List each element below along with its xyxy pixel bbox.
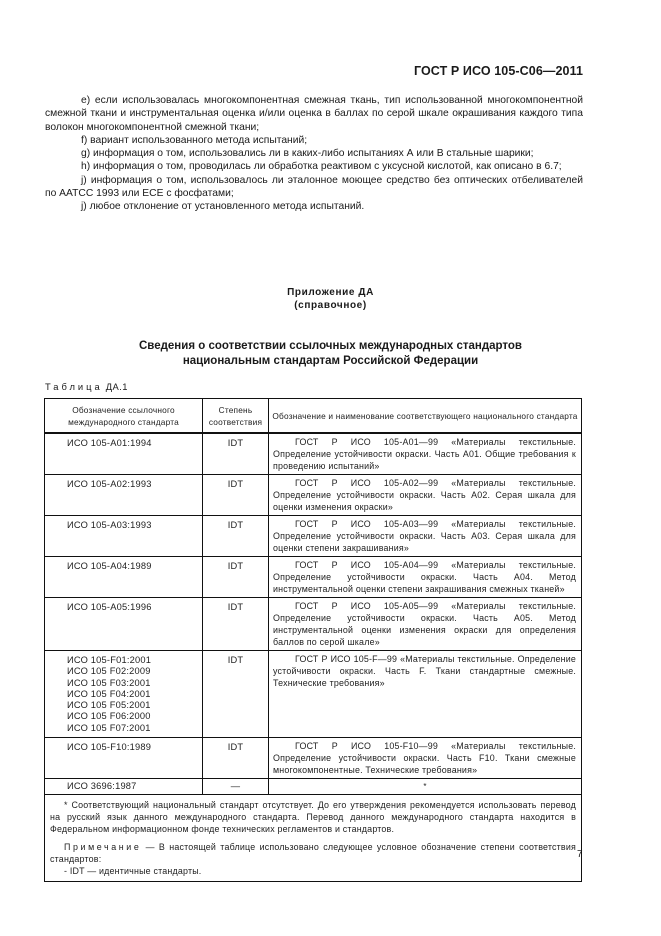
degree-cell: IDT: [203, 557, 269, 598]
iso-standard-cell: ИСО 105-A05:1996: [45, 598, 203, 651]
header-international-standard: Обозначение ссылочного международного ст…: [45, 399, 203, 434]
iso-standard-code: ИСО 105-A05:1996: [67, 602, 196, 613]
national-standard-text: ГОСТ Р ИСО 105-F10—99 «Материалы текстил…: [273, 740, 576, 776]
iso-standard-code: ИСО 105 F06:2000: [67, 711, 196, 722]
header-degree: Степень соответствия: [203, 399, 269, 434]
section-title-line1: Сведения о соответствии ссылочных междун…: [0, 339, 661, 354]
national-standard-text: ГОСТ Р ИСО 105-F—99 «Материалы текстильн…: [273, 653, 576, 689]
body-text: e) если использовалась многокомпонентная…: [45, 94, 583, 214]
national-standard-text: ГОСТ Р ИСО 105-A05—99 «Материалы текстил…: [273, 600, 576, 648]
paragraph-h: h) информация о том, проводилась ли обра…: [45, 160, 583, 173]
table-caption: Таблица ДА.1: [45, 381, 128, 392]
iso-standard-cell: ИСО 3696:1987: [45, 779, 203, 795]
national-standard-text: ГОСТ Р ИСО 105-A04—99 «Материалы текстил…: [273, 559, 576, 595]
national-standard-cell: ГОСТ Р ИСО 105-F10—99 «Материалы текстил…: [269, 738, 582, 779]
iso-standard-cell: ИСО 105-A03:1993: [45, 516, 203, 557]
iso-standard-code: ИСО 105 F04:2001: [67, 689, 196, 700]
national-standard-cell: ГОСТ Р ИСО 105-F—99 «Материалы текстильн…: [269, 651, 582, 738]
iso-standard-code: ИСО 105 F03:2001: [67, 678, 196, 689]
degree-cell: IDT: [203, 598, 269, 651]
iso-standard-cell: ИСО 105-F01:2001ИСО 105 F02:2009ИСО 105 …: [45, 651, 203, 738]
iso-standard-code: ИСО 3696:1987: [67, 780, 196, 793]
iso-standard-code: ИСО 105-A03:1993: [67, 520, 196, 531]
appendix-heading: Приложение ДА (справочное): [0, 286, 661, 312]
note-label: Примечание: [64, 842, 141, 852]
iso-standard-code: ИСО 105 F07:2001: [67, 723, 196, 734]
degree-cell: —: [203, 779, 269, 795]
table-row: ИСО 105-A05:1996IDTГОСТ Р ИСО 105-A05—99…: [45, 598, 582, 651]
paragraph-f: f) вариант использованного метода испыта…: [45, 134, 583, 147]
iso-standard-code: ИСО 105-A04:1989: [67, 561, 196, 572]
table-row: ИСО 105-A03:1993IDTГОСТ Р ИСО 105-A03—99…: [45, 516, 582, 557]
national-standard-cell: ГОСТ Р ИСО 105-A03—99 «Материалы текстил…: [269, 516, 582, 557]
iso-standard-code: ИСО 105 F05:2001: [67, 700, 196, 711]
degree-cell: IDT: [203, 738, 269, 779]
national-standard-text: ГОСТ Р ИСО 105-A01—99 «Материалы текстил…: [273, 436, 576, 472]
iso-standard-cell: ИСО 105-A04:1989: [45, 557, 203, 598]
national-standard-cell: ГОСТ Р ИСО 105-A05—99 «Материалы текстил…: [269, 598, 582, 651]
degree-cell: IDT: [203, 475, 269, 516]
appendix-subtitle: (справочное): [0, 299, 661, 312]
appendix-title: Приложение ДА: [0, 286, 661, 299]
table-row: ИСО 3696:1987—*: [45, 779, 582, 795]
page-number: 7: [577, 849, 583, 860]
table-caption-word: Таблица: [45, 381, 103, 392]
iso-standard-code: ИСО 105-A01:1994: [67, 438, 196, 449]
national-standard-text: ГОСТ Р ИСО 105-A03—99 «Материалы текстил…: [273, 518, 576, 554]
national-standard-cell: ГОСТ Р ИСО 105-A01—99 «Материалы текстил…: [269, 433, 582, 475]
iso-standard-code: ИСО 105 F02:2009: [67, 666, 196, 677]
table-row: ИСО 105-A04:1989IDTГОСТ Р ИСО 105-A04—99…: [45, 557, 582, 598]
footnote-row: * Соответствующий национальный стандарт …: [45, 795, 582, 882]
national-standard-cell: ГОСТ Р ИСО 105-A02—99 «Материалы текстил…: [269, 475, 582, 516]
footnote-cell: * Соответствующий национальный стандарт …: [45, 795, 582, 882]
paragraph-g: g) информация о том, использовались ли в…: [45, 147, 583, 160]
note-item: - IDT — идентичные стандарты.: [50, 865, 576, 877]
table-row: ИСО 105-A02:1993IDTГОСТ Р ИСО 105-A02—99…: [45, 475, 582, 516]
document-code: ГОСТ Р ИСО 105-С06—2011: [414, 64, 583, 78]
table-header-row: Обозначение ссылочного международного ст…: [45, 399, 582, 434]
national-standard-cell: ГОСТ Р ИСО 105-A04—99 «Материалы текстил…: [269, 557, 582, 598]
degree-cell: IDT: [203, 651, 269, 738]
table-row: ИСО 105-F10:1989IDTГОСТ Р ИСО 105-F10—99…: [45, 738, 582, 779]
iso-standard-code: ИСО 105-F01:2001: [67, 655, 196, 666]
iso-standard-code: ИСО 105-F10:1989: [67, 742, 196, 753]
national-standard-text: ГОСТ Р ИСО 105-A02—99 «Материалы текстил…: [273, 477, 576, 513]
iso-standard-cell: ИСО 105-A01:1994: [45, 433, 203, 475]
paragraph-e: e) если использовалась многокомпонентная…: [45, 94, 583, 134]
section-title: Сведения о соответствии ссылочных междун…: [0, 339, 661, 369]
header-national-standard: Обозначение и наименование соответствующ…: [269, 399, 582, 434]
section-title-line2: национальным стандартам Российской Федер…: [0, 354, 661, 369]
iso-standard-cell: ИСО 105-F10:1989: [45, 738, 203, 779]
footnote-text: * Соответствующий национальный стандарт …: [50, 799, 576, 836]
paragraph-j2: j) любое отклонение от установленного ме…: [45, 200, 583, 213]
table-row: ИСО 105-F01:2001ИСО 105 F02:2009ИСО 105 …: [45, 651, 582, 738]
iso-standard-code: ИСО 105-A02:1993: [67, 479, 196, 490]
degree-cell: IDT: [203, 433, 269, 475]
degree-cell: IDT: [203, 516, 269, 557]
table-row: ИСО 105-A01:1994IDTГОСТ Р ИСО 105-A01—99…: [45, 433, 582, 475]
table-caption-number: ДА.1: [106, 381, 128, 392]
iso-standard-cell: ИСО 105-A02:1993: [45, 475, 203, 516]
footnote-marker: *: [269, 779, 582, 795]
standards-table: Обозначение ссылочного международного ст…: [44, 398, 582, 882]
note: Примечание — В настоящей таблице использ…: [50, 841, 576, 865]
paragraph-j1: j) информация о том, использовалось ли э…: [45, 174, 583, 201]
